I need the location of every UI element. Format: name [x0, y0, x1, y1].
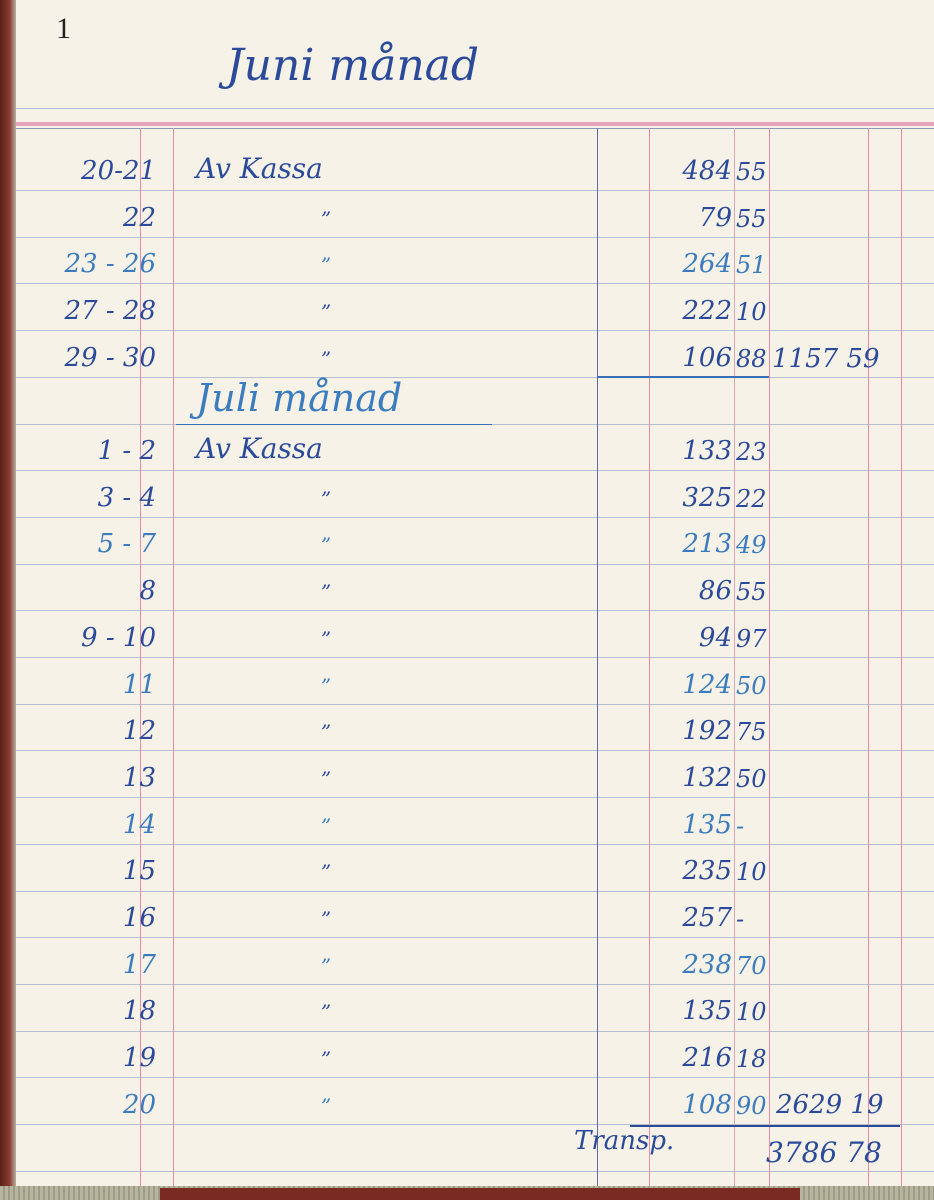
entry-days: 23 - 26	[36, 249, 156, 279]
entry-kronor: 238	[657, 950, 732, 980]
entry-days: 3 - 4	[36, 483, 156, 513]
entry-ore: 10	[736, 298, 770, 326]
entry-days: 17	[36, 950, 156, 980]
entry-kronor: 235	[657, 856, 732, 886]
entry-description: ”	[306, 487, 346, 511]
entry-ore: 70	[736, 952, 770, 980]
entry-days: 16	[36, 903, 156, 933]
entry-description: ”	[306, 1000, 346, 1024]
entry-ore: 18	[736, 1045, 770, 1073]
entry-kronor: 216	[657, 1043, 732, 1073]
entry-kronor: 133	[657, 436, 732, 466]
entry-days: 22	[36, 203, 156, 233]
entry-description: ”	[306, 580, 346, 604]
rule-line	[16, 1171, 934, 1172]
rule-line	[16, 564, 934, 565]
entry-description: ”	[306, 767, 346, 791]
transport-label: Transp.	[574, 1126, 674, 1156]
entry-days: 8	[36, 576, 156, 606]
entry-days: 29 - 30	[36, 343, 156, 373]
entry-days: 27 - 28	[36, 296, 156, 326]
column-line	[734, 128, 735, 1186]
entry-ore: 51	[736, 251, 770, 279]
entry-description: Av Kassa	[196, 152, 323, 185]
entry-description: ”	[306, 907, 346, 931]
entry-description: ”	[306, 300, 346, 324]
page-number: 1	[56, 12, 71, 46]
entry-description: ”	[306, 674, 346, 698]
rule-line	[16, 797, 934, 798]
entry-kronor: 325	[657, 483, 732, 513]
entry-description: ”	[306, 347, 346, 371]
entry-kronor: 135	[657, 810, 732, 840]
entry-description: ”	[306, 533, 346, 557]
entry-ore: 10	[736, 998, 770, 1026]
rule-line	[16, 190, 934, 191]
entry-ore: 55	[736, 578, 770, 606]
entry-ore: 10	[736, 858, 770, 886]
entry-ore: 90	[736, 1092, 770, 1120]
section-title-july: Juli månad	[196, 376, 402, 420]
column-line	[769, 128, 770, 1186]
entry-ore: 50	[736, 672, 770, 700]
entry-kronor: 135	[657, 996, 732, 1026]
entry-days: 5 - 7	[36, 529, 156, 559]
rule-line	[16, 937, 934, 938]
column-line	[649, 128, 650, 1186]
entry-kronor: 192	[657, 716, 732, 746]
entry-ore: 23	[736, 438, 770, 466]
entry-days: 18	[36, 996, 156, 1026]
entry-days: 20	[36, 1090, 156, 1120]
entry-description: ”	[306, 1047, 346, 1071]
rule-line	[16, 750, 934, 751]
june-sum-underline	[597, 376, 769, 378]
header-pink-rule	[16, 122, 934, 126]
entry-kronor: 79	[657, 203, 732, 233]
entry-ore: 50	[736, 765, 770, 793]
entry-ore: 55	[736, 158, 770, 186]
entry-description: ”	[306, 207, 346, 231]
header-blue-rule	[16, 128, 934, 129]
entry-kronor: 108	[657, 1090, 732, 1120]
rule-line	[16, 657, 934, 658]
entry-days: 1 - 2	[36, 436, 156, 466]
entry-days: 20-21	[36, 156, 156, 186]
entry-kronor: 106	[657, 343, 732, 373]
entry-ore: 75	[736, 718, 770, 746]
entry-kronor: 222	[657, 296, 732, 326]
entry-ore: 55	[736, 205, 770, 233]
entry-days: 9 - 10	[36, 623, 156, 653]
entry-kronor: 86	[657, 576, 732, 606]
entry-description: ”	[306, 814, 346, 838]
entry-kronor: 213	[657, 529, 732, 559]
rule-line	[16, 1077, 934, 1078]
column-line	[901, 128, 902, 1186]
entry-ore: -	[736, 905, 770, 933]
entry-ore: 22	[736, 485, 770, 513]
column-line	[868, 128, 869, 1186]
entry-days: 14	[36, 810, 156, 840]
entry-description: ”	[306, 954, 346, 978]
entry-description: ”	[306, 860, 346, 884]
rule-line	[16, 470, 934, 471]
rule-line	[16, 704, 934, 705]
rule-line	[16, 330, 934, 331]
rule-line	[16, 517, 934, 518]
rule-line	[16, 237, 934, 238]
section-title-june: Juni månad	[226, 40, 479, 91]
entry-kronor: 264	[657, 249, 732, 279]
rule-line	[16, 891, 934, 892]
entry-days: 19	[36, 1043, 156, 1073]
entry-description: ”	[306, 1094, 346, 1118]
rule-line	[16, 610, 934, 611]
entry-kronor: 484	[657, 156, 732, 186]
rule-line	[16, 283, 934, 284]
entry-ore: 49	[736, 531, 770, 559]
rule-line	[16, 1031, 934, 1032]
entry-ore: 88	[736, 345, 770, 373]
column-line	[597, 128, 598, 1186]
entry-description: ”	[306, 627, 346, 651]
entry-description: ”	[306, 253, 346, 277]
june-subtotal: 1157 59	[772, 344, 880, 374]
entry-days: 13	[36, 763, 156, 793]
column-line	[173, 128, 174, 1186]
entry-kronor: 257	[657, 903, 732, 933]
entry-description: ”	[306, 720, 346, 744]
entry-description: Av Kassa	[196, 432, 323, 465]
entry-days: 12	[36, 716, 156, 746]
ledger-page: 1 Juni månad 20-21Av Kassa4845522”795523…	[16, 0, 934, 1186]
column-line	[140, 128, 141, 1186]
book-cover-edge	[0, 0, 16, 1200]
book-cover-bottom	[160, 1188, 800, 1200]
entry-ore: -	[736, 812, 770, 840]
rule-line	[16, 844, 934, 845]
transport-amount: 3786 78	[766, 1136, 882, 1169]
entry-kronor: 94	[657, 623, 732, 653]
entry-ore: 97	[736, 625, 770, 653]
entry-kronor: 124	[657, 670, 732, 700]
entry-days: 11	[36, 670, 156, 700]
rule-line	[16, 984, 934, 985]
rule-line	[16, 108, 934, 109]
entry-kronor: 132	[657, 763, 732, 793]
entry-days: 15	[36, 856, 156, 886]
july-subtotal: 2629 19	[776, 1090, 884, 1120]
rule-line	[16, 377, 934, 378]
july-title-underline	[176, 424, 492, 425]
